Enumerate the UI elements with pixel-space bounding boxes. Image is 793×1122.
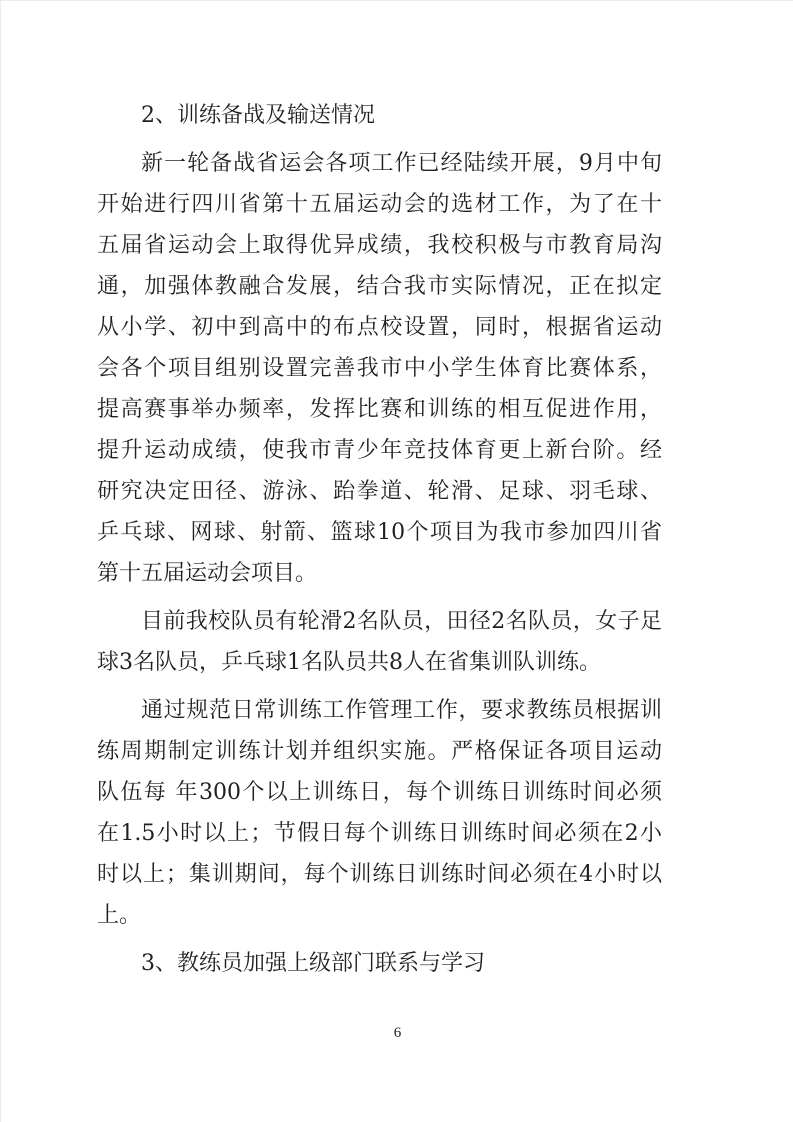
text-line: 开始进行四川省第十五届运动会的选材工作，为了在十	[97, 184, 662, 225]
paragraph-current-team-members: 目前我校队员有轮滑2名队员，田径2名队员，女子足 球3名队员，乒乓球1名队员共8…	[97, 601, 662, 683]
text-line: 提高赛事举办频率，发挥比赛和训练的相互促进作用，	[97, 389, 662, 430]
text-line: 会各个项目组别设置完善我市中小学生体育比赛体系，	[97, 348, 662, 389]
text-line: 队伍每 年300个以上训练日，每个训练日训练时间必须	[97, 772, 662, 813]
text-line: 目前我校队员有轮滑2名队员，田径2名队员，女子足	[97, 601, 662, 642]
text-line: 上。	[97, 895, 662, 936]
text-line: 球3名队员，乒乓球1名队员共8人在省集训队训练。	[97, 642, 662, 683]
page-number: 6	[1, 1023, 793, 1043]
paragraph-province-games-preparation: 新一轮备战省运会各项工作已经陆续开展，9月中旬 开始进行四川省第十五届运动会的选…	[97, 143, 662, 594]
text-line: 从小学、初中到高中的布点校设置，同时，根据省运动	[97, 307, 662, 348]
text-line: 提升运动成绩，使我市青少年竞技体育更上新台阶。经	[97, 430, 662, 471]
document-page: 2、训练备战及输送情况 新一轮备战省运会各项工作已经陆续开展，9月中旬 开始进行…	[0, 0, 793, 1122]
text-line: 研究决定田径、游泳、跆拳道、轮滑、足球、羽毛球、	[97, 471, 662, 512]
text-line: 通，加强体教融合发展，结合我市实际情况，正在拟定	[97, 266, 662, 307]
text-line: 通过规范日常训练工作管理工作，要求教练员根据训	[97, 690, 662, 731]
section-heading-coach-liaison-study: 3、教练员加强上级部门联系与学习	[97, 943, 662, 984]
text-line: 五届省运动会上取得优异成绩，我校积极与市教育局沟	[97, 225, 662, 266]
text-line: 在1.5小时以上；节假日每个训练日训练时间必须在2小	[97, 813, 662, 854]
text-line: 乒乓球、网球、射箭、篮球10个项目为我市参加四川省	[97, 512, 662, 553]
paragraph-training-management: 通过规范日常训练工作管理工作，要求教练员根据训 练周期制定训练计划并组织实施。严…	[97, 690, 662, 936]
text-line: 时以上；集训期间，每个训练日训练时间必须在4小时以	[97, 854, 662, 895]
text-line: 第十五届运动会项目。	[97, 553, 662, 594]
text-line: 新一轮备战省运会各项工作已经陆续开展，9月中旬	[97, 143, 662, 184]
text-line: 练周期制定训练计划并组织实施。严格保证各项目运动	[97, 731, 662, 772]
section-heading-training-preparation: 2、训练备战及输送情况	[97, 95, 662, 136]
text-body: 2、训练备战及输送情况 新一轮备战省运会各项工作已经陆续开展，9月中旬 开始进行…	[97, 95, 662, 991]
